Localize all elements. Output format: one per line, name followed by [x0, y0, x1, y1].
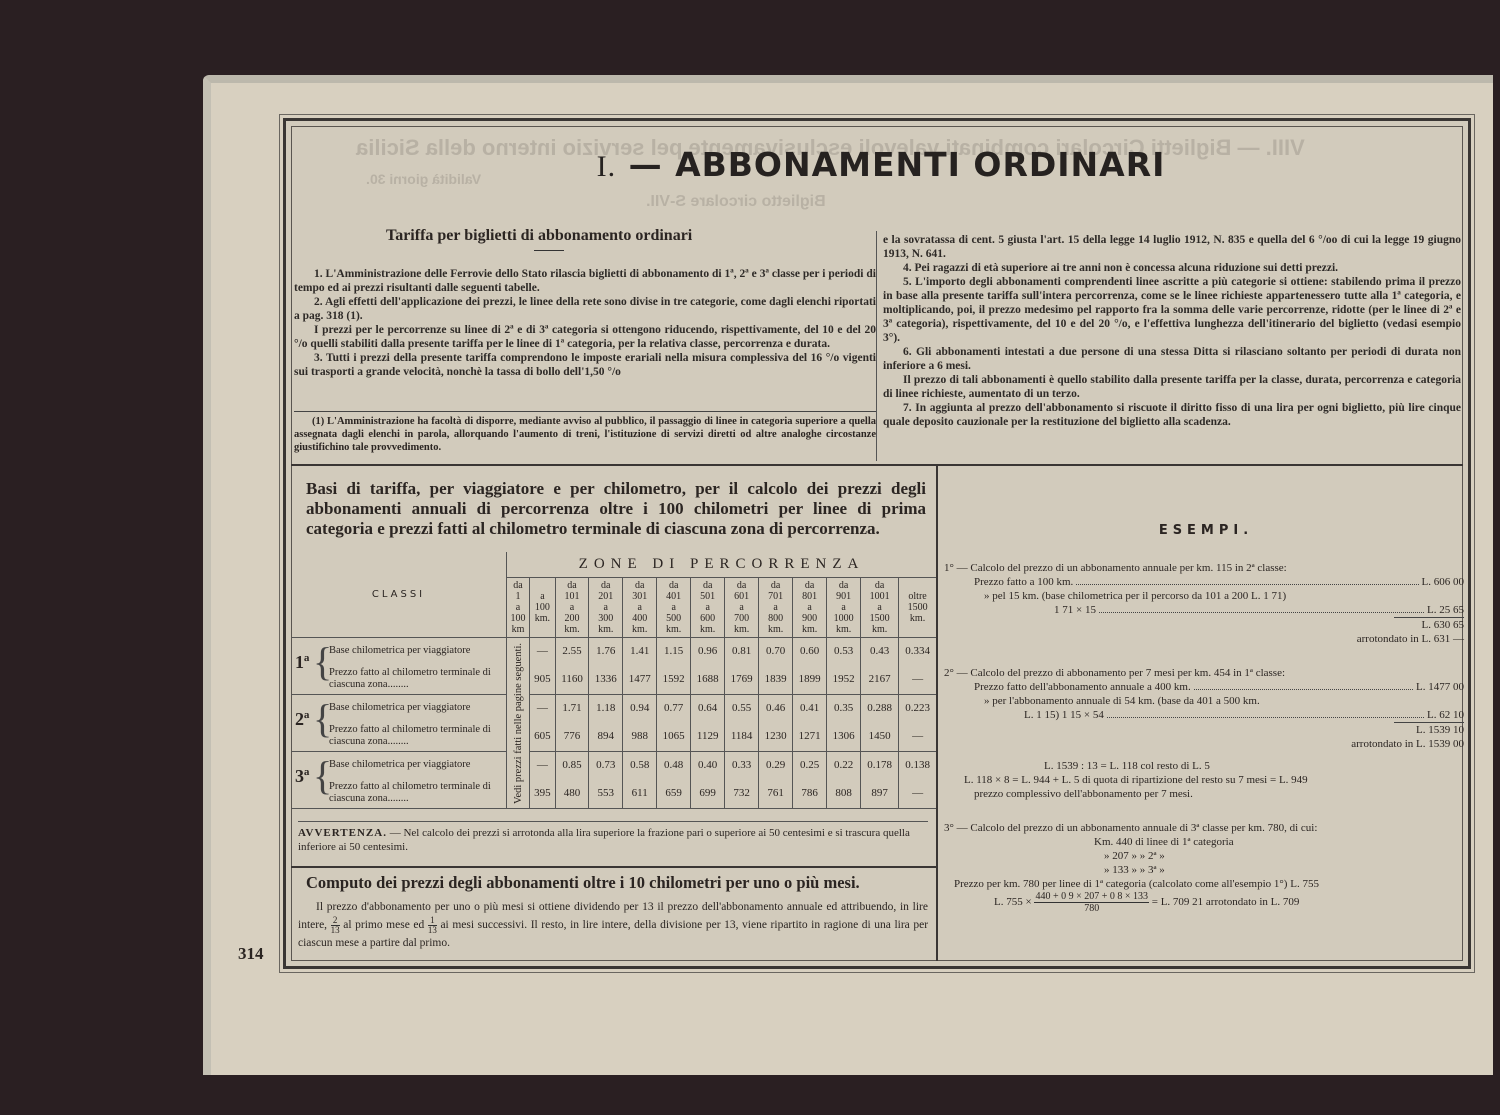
table-cell: 1.76	[589, 638, 623, 665]
table-cell: 897	[861, 778, 899, 809]
table-cell: 0.138	[899, 752, 936, 779]
table-cell: 0.53	[827, 638, 861, 665]
table-row: 3ª{Base chilometrica per viaggiatore—0.8…	[291, 752, 936, 779]
table-cell: 2.55	[555, 638, 588, 665]
table-cell: 2167	[861, 664, 899, 695]
example-2: 2° — Calcolo del prezzo di abbonamento p…	[944, 666, 1464, 801]
table-cell: 1450	[861, 721, 899, 752]
bleed-through-text: Biglietto circolare S-VII.	[646, 193, 826, 211]
zone-header-cell: da901a1000km.	[827, 578, 861, 638]
zone-header-cell: da201a300km.	[589, 578, 623, 638]
table-cell: 776	[555, 721, 588, 752]
paragraph: 5. L'importo degli abbonamenti comprende…	[883, 275, 1461, 345]
basi-heading: Basi di tariffa, per viaggiatore e per c…	[306, 479, 926, 539]
table-cell: 0.60	[793, 638, 827, 665]
table-cell: 0.46	[759, 695, 793, 722]
table-cell: 0.25	[793, 752, 827, 779]
table-cell: 0.73	[589, 752, 623, 779]
table-cell: 553	[589, 778, 623, 809]
table-cell: 0.35	[827, 695, 861, 722]
table-cell: 0.178	[861, 752, 899, 779]
table-cell: —	[899, 664, 936, 695]
table-cell: 1.15	[657, 638, 691, 665]
row-label: Base chilometrica per viaggiatore	[329, 702, 506, 714]
table-cell: 0.94	[623, 695, 657, 722]
zone-header-cell: da1a100km	[507, 578, 530, 638]
row-label: Prezzo fatto al chilometro terminale di …	[329, 724, 506, 748]
table-cell: —	[530, 695, 556, 722]
tariff-table: CLASSI ZONE DI PERCORRENZA da1a100kma100…	[291, 552, 936, 809]
computo-text: Il prezzo d'abbonamento per uno o più me…	[298, 899, 928, 952]
table-row: 2ª{Base chilometrica per viaggiatore—1.7…	[291, 695, 936, 722]
table-cell: 480	[555, 778, 588, 809]
table-cell: 0.29	[759, 752, 793, 779]
table-cell: 1.18	[589, 695, 623, 722]
table-cell: 0.77	[657, 695, 691, 722]
table-cell: 1271	[793, 721, 827, 752]
table-cell: 0.96	[691, 638, 725, 665]
table-cell: 1065	[657, 721, 691, 752]
table-cell: 894	[589, 721, 623, 752]
row-label: Prezzo fatto al chilometro terminale di …	[329, 667, 506, 691]
paragraph: 6. Gli abbonamenti intestati a due perso…	[883, 345, 1461, 373]
table-cell: —	[899, 721, 936, 752]
table-cell: 988	[623, 721, 657, 752]
table-row: Prezzo fatto al chilometro terminale di …	[291, 721, 936, 752]
tariffa-subtitle: Tariffa per biglietti di abbonamento ord…	[386, 227, 786, 245]
zone-header-cell: da101a200km.	[555, 578, 588, 638]
row-label: Prezzo fatto al chilometro terminale di …	[329, 781, 506, 805]
footnote: (1) L'Amministrazione ha facoltà di disp…	[294, 411, 876, 454]
zone-header-cell: a100km.	[530, 578, 556, 638]
table-cell: 1.41	[623, 638, 657, 665]
table-cell: 1184	[725, 721, 759, 752]
section-divider	[291, 464, 1463, 466]
table-cell: 0.41	[793, 695, 827, 722]
example-3: 3° — Calcolo del prezzo di un abbonament…	[944, 821, 1464, 914]
table-cell: 605	[530, 721, 556, 752]
paragraph: 2. Agli effetti dell'applicazione dei pr…	[294, 295, 876, 323]
zone-header-cell: da801a900km.	[793, 578, 827, 638]
table-cell: 0.288	[861, 695, 899, 722]
zone-header-cell: oltre1500km.	[899, 578, 936, 638]
tariff-grid: CLASSI ZONE DI PERCORRENZA da1a100kma100…	[291, 552, 936, 809]
vedi-note: Vedi prezzi fatti nelle pagine seguenti.	[507, 638, 530, 809]
table-cell: —	[530, 752, 556, 779]
fraction: 213	[331, 916, 340, 935]
table-cell: 786	[793, 778, 827, 809]
table-cell: 0.33	[725, 752, 759, 779]
formula: L. 755 × 440 + 0 9 × 207 + 0 8 × 133780 …	[944, 891, 1464, 914]
table-cell: 761	[759, 778, 793, 809]
paragraph: 7. In aggiunta al prezzo dell'abbonament…	[883, 401, 1461, 429]
table-cell: 0.223	[899, 695, 936, 722]
table-cell: 808	[827, 778, 861, 809]
example-1: 1° — Calcolo del prezzo di un abbonament…	[944, 561, 1464, 646]
section-divider	[291, 866, 936, 868]
divider	[534, 250, 564, 251]
table-cell: 1769	[725, 664, 759, 695]
table-cell: 1477	[623, 664, 657, 695]
zones-header: ZONE DI PERCORRENZA	[507, 552, 937, 578]
page-number: 314	[238, 944, 264, 964]
table-cell: 1306	[827, 721, 861, 752]
table-cell: 1592	[657, 664, 691, 695]
avvertenza: AVVERTENZA. — Nel calcolo dei prezzi si …	[298, 821, 928, 854]
table-cell: 0.48	[657, 752, 691, 779]
page-title: I. — ABBONAMENTI ORDINARI	[551, 145, 1211, 184]
zone-header-cell: da601a700km.	[725, 578, 759, 638]
table-cell: —	[530, 638, 556, 665]
paragraph: I prezzi per le percorrenze su linee di …	[294, 323, 876, 351]
row-label: Base chilometrica per viaggiatore	[329, 645, 506, 657]
esempi-title: ESEMPI.	[946, 523, 1466, 538]
table-cell: 1839	[759, 664, 793, 695]
table-cell: 0.22	[827, 752, 861, 779]
tariffa-right-column: e la sovratassa di cent. 5 giusta l'art.…	[883, 233, 1461, 429]
column-divider	[876, 231, 877, 461]
zone-header-cell: da401a500km.	[657, 578, 691, 638]
paragraph: e la sovratassa di cent. 5 giusta l'art.…	[883, 233, 1461, 261]
zone-header-cell: da501a600km.	[691, 578, 725, 638]
table-cell: 732	[725, 778, 759, 809]
table-cell: 395	[530, 778, 556, 809]
paragraph: 4. Pei ragazzi di età superiore ai tre a…	[883, 261, 1461, 275]
zone-header-cell: da301a400km.	[623, 578, 657, 638]
table-cell: 1230	[759, 721, 793, 752]
table-cell: —	[899, 778, 936, 809]
table-cell: 1.71	[555, 695, 588, 722]
table-cell: 1336	[589, 664, 623, 695]
table-cell: 699	[691, 778, 725, 809]
table-cell: 1952	[827, 664, 861, 695]
table-row: Prezzo fatto al chilometro terminale di …	[291, 778, 936, 809]
row-label: Base chilometrica per viaggiatore	[329, 759, 506, 771]
table-cell: 905	[530, 664, 556, 695]
table-cell: 1688	[691, 664, 725, 695]
bleed-through-text: Validità giorni 30.	[366, 171, 481, 187]
table-cell: 0.40	[691, 752, 725, 779]
paragraph: 1. L'Amministrazione delle Ferrovie dell…	[294, 267, 876, 295]
fraction: 113	[428, 916, 437, 935]
table-cell: 0.55	[725, 695, 759, 722]
table-cell: 611	[623, 778, 657, 809]
table-cell: 1129	[691, 721, 725, 752]
tariffa-left-column: 1. L'Amministrazione delle Ferrovie dell…	[294, 267, 876, 379]
table-cell: 0.58	[623, 752, 657, 779]
page-frame: VIII. — Biglietti Circolari combinati va…	[283, 118, 1471, 969]
table-cell: 0.81	[725, 638, 759, 665]
table-row: Prezzo fatto al chilometro terminale di …	[291, 664, 936, 695]
paragraph: 3. Tutti i prezzi della presente tariffa…	[294, 351, 876, 379]
table-row: 1ª{Base chilometrica per viaggiatoreVedi…	[291, 638, 936, 665]
table-cell: 1160	[555, 664, 588, 695]
table-cell: 0.70	[759, 638, 793, 665]
table-cell: 0.43	[861, 638, 899, 665]
table-cell: 0.85	[555, 752, 588, 779]
table-cell: 0.334	[899, 638, 936, 665]
classi-header: CLASSI	[291, 552, 507, 638]
column-divider	[936, 466, 938, 961]
table-cell: 659	[657, 778, 691, 809]
zone-header-cell: da1001a1500km.	[861, 578, 899, 638]
table-cell: 0.64	[691, 695, 725, 722]
zone-header-cell: da701a800km.	[759, 578, 793, 638]
table-cell: 1899	[793, 664, 827, 695]
paragraph: Il prezzo di tali abbonamenti è quello s…	[883, 373, 1461, 401]
computo-heading: Computo dei prezzi degli abbonamenti olt…	[306, 873, 931, 893]
